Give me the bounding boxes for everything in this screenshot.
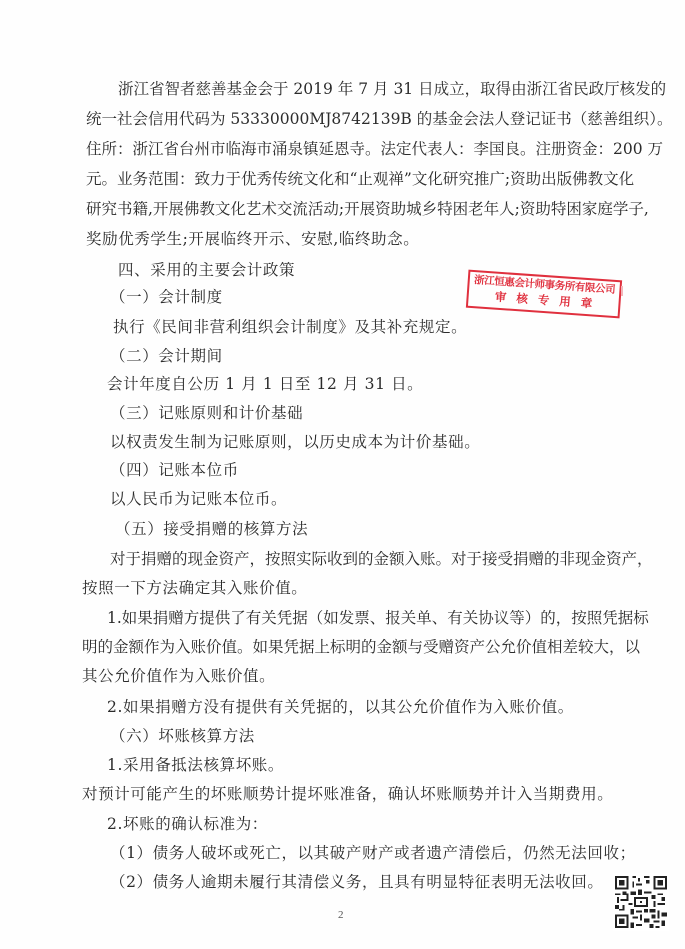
subsection-5-item-1-line-3: 其公允价值作为入账价值。 — [82, 666, 275, 686]
subsection-5-title: （五）接受捐赠的核算方法 — [115, 519, 308, 539]
subsection-6-item-1-body: 对预计可能产生的坏账顺势计提坏账准备，确认坏账顺势并计入当期费用。 — [82, 784, 613, 804]
subsection-5-item-1-line-1: 1.如果捐赠方提供了有关凭据（如发票、报关单、有关协议等）的，按照凭据标 — [107, 608, 607, 628]
subsection-5-body-line-1: 对于捐赠的现金资产，按照实际收到的金额入账。对于接受捐赠的非现金资产， — [110, 549, 604, 569]
subsection-2-body: 会计年度自公历 1 月 1 日至 12 月 31 日。 — [107, 374, 423, 394]
subsection-4-title: （四）记账本位币 — [110, 460, 239, 480]
subsection-6-item-2: 2.坏账的确认标准为： — [107, 814, 268, 834]
subsection-6-item-1: 1.采用备抵法核算坏账。 — [107, 755, 284, 775]
audit-seal-stamp: 浙江恒惠会计师事务所有限公司 审核专用章 — [466, 270, 622, 319]
intro-line-4: 元。业务范围：致力于优秀传统文化和“止观禅”文化研究推广;资助出版佛教文化 — [86, 169, 608, 189]
intro-line-6: 奖励优秀学生;开展临终开示、安慰,临终助念。 — [86, 229, 419, 249]
intro-line-3: 住所：浙江省台州市临海市涌泉镇延恩寺。法定代表人：李国良。注册资金：200 万 — [86, 139, 608, 159]
document-page: 浙江省智者慈善基金会于 2019 年 7 月 31 日成立，取得由浙江省民政厅核… — [0, 0, 685, 949]
subsection-4-body: 以人民币为记账本位币。 — [110, 489, 287, 509]
intro-line-5: 研究书籍,开展佛教文化艺术交流活动;开展资助城乡特困老年人;资助特困家庭学子, — [86, 199, 608, 219]
subsection-3-body: 以权责发生制为记账原则，以历史成本为计价基础。 — [110, 432, 480, 452]
section-heading: 四、采用的主要会计政策 — [118, 260, 295, 280]
qr-code-icon — [613, 873, 669, 931]
subsection-6-item-2-b: （2）债务人逾期未履行其清偿义务，且具有明显特征表明无法收回。 — [110, 872, 603, 892]
subsection-5-item-1-line-2: 明的金额作为入账价值。如果凭据上标明的金额与受赠资产公允价值相差较大，以 — [82, 637, 592, 657]
subsection-2-title: （二）会计期间 — [110, 346, 223, 366]
subsection-3-title: （三）记账原则和计价基础 — [110, 403, 303, 423]
intro-line-1: 浙江省智者慈善基金会于 2019 年 7 月 31 日成立，取得由浙江省民政厅核… — [118, 79, 608, 99]
subsection-5-item-2: 2.如果捐赠方没有提供有关凭据的，以其公允价值作为入账价值。 — [107, 697, 574, 717]
subsection-5-body-line-2: 按照一下方法确定其入账价值。 — [82, 578, 307, 598]
scan-mark — [621, 286, 623, 296]
page-number: 2 — [338, 909, 344, 921]
subsection-1-title: （一）会计制度 — [110, 287, 223, 307]
subsection-6-item-2-a: （1）债务人破坏或死亡，以其破产财产或者遗产清偿后，仍然无法回收； — [110, 843, 636, 863]
subsection-6-title: （六）坏账核算方法 — [110, 726, 255, 746]
intro-line-2: 统一社会信用代码为 53330000MJ8742139B 的基金会法人登记证书（… — [86, 109, 608, 129]
subsection-1-body: 执行《民间非营利组织会计制度》及其补充规定。 — [113, 317, 467, 337]
